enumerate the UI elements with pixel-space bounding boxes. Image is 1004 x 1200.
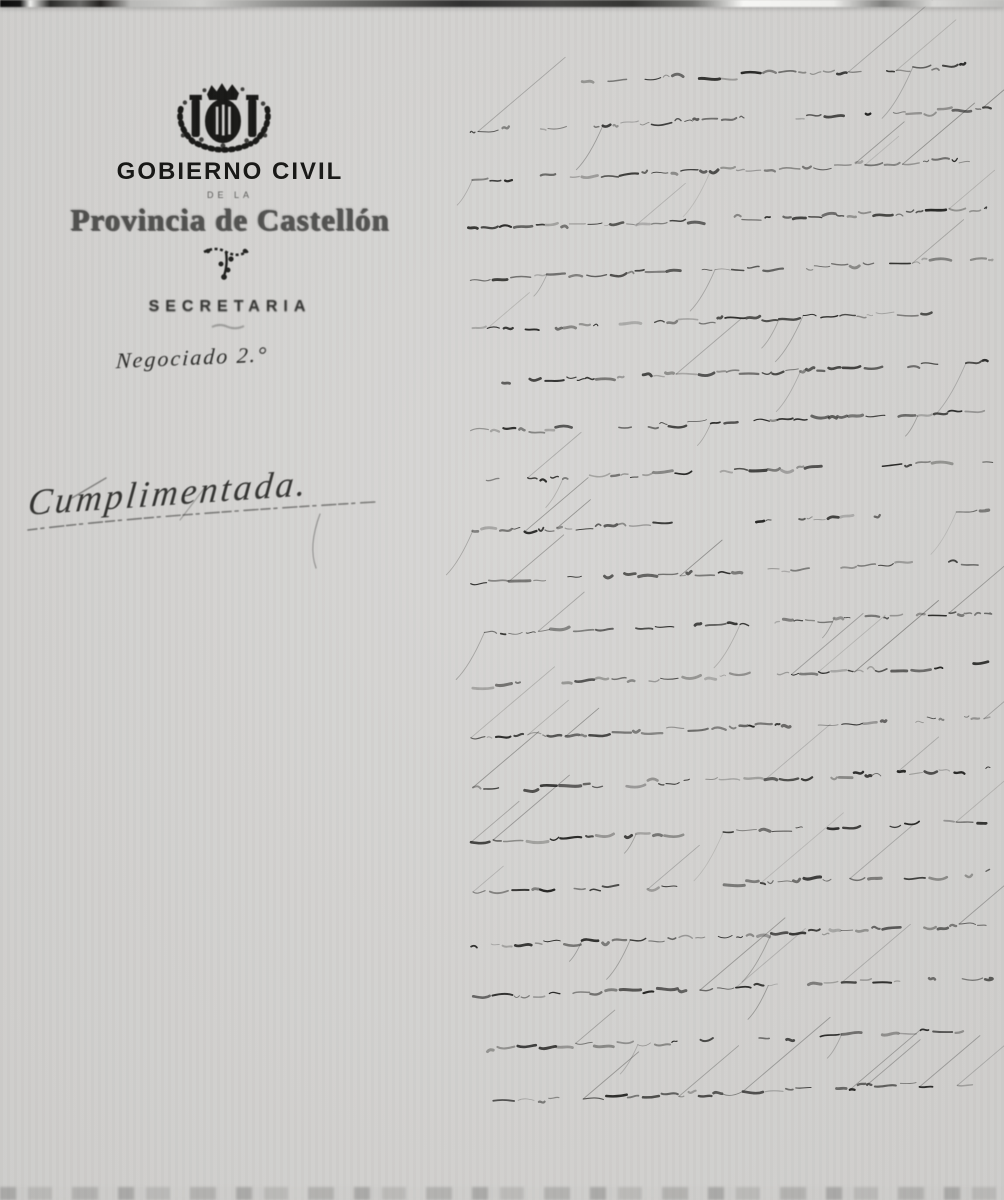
manuscript-line [471,866,1004,982]
manuscript-line [473,918,992,1019]
scan-bottom-edge-artifact [0,1187,1004,1200]
manuscript-line [473,724,990,791]
manuscript-line [456,566,1004,680]
manuscript-line [503,319,988,416]
cumplimentada-flourish-stroke [20,468,390,578]
manuscript-line [473,293,932,362]
manuscript-line [470,57,1004,169]
scan-top-edge-artifact [0,0,1004,7]
manuscript-line [471,535,978,585]
manuscript-line [446,478,988,575]
coat-of-arms-icon [170,82,278,154]
document-scan: GOBIERNO CIVIL DE LA Provincia de Castel… [0,0,1004,1200]
secretaria-underline-mark [210,322,246,330]
letterhead-title: GOBIERNO CIVIL [60,158,400,187]
leaf-flourish-icon [198,242,254,284]
manuscript-line [582,1,965,119]
manuscript-line [468,170,994,228]
manuscript-line [471,647,1004,739]
manuscript-line [471,771,1004,881]
manuscript-line [457,103,974,217]
letterhead-secretaria-label: SECRETARIA [60,298,400,316]
manuscript-line [471,411,985,446]
letterhead-subtitle-de-la: DE LA [60,190,400,200]
manuscript-line [486,432,992,507]
manuscript-line [470,220,992,311]
letterhead-province-title: Provincia de Castellón [20,202,440,238]
